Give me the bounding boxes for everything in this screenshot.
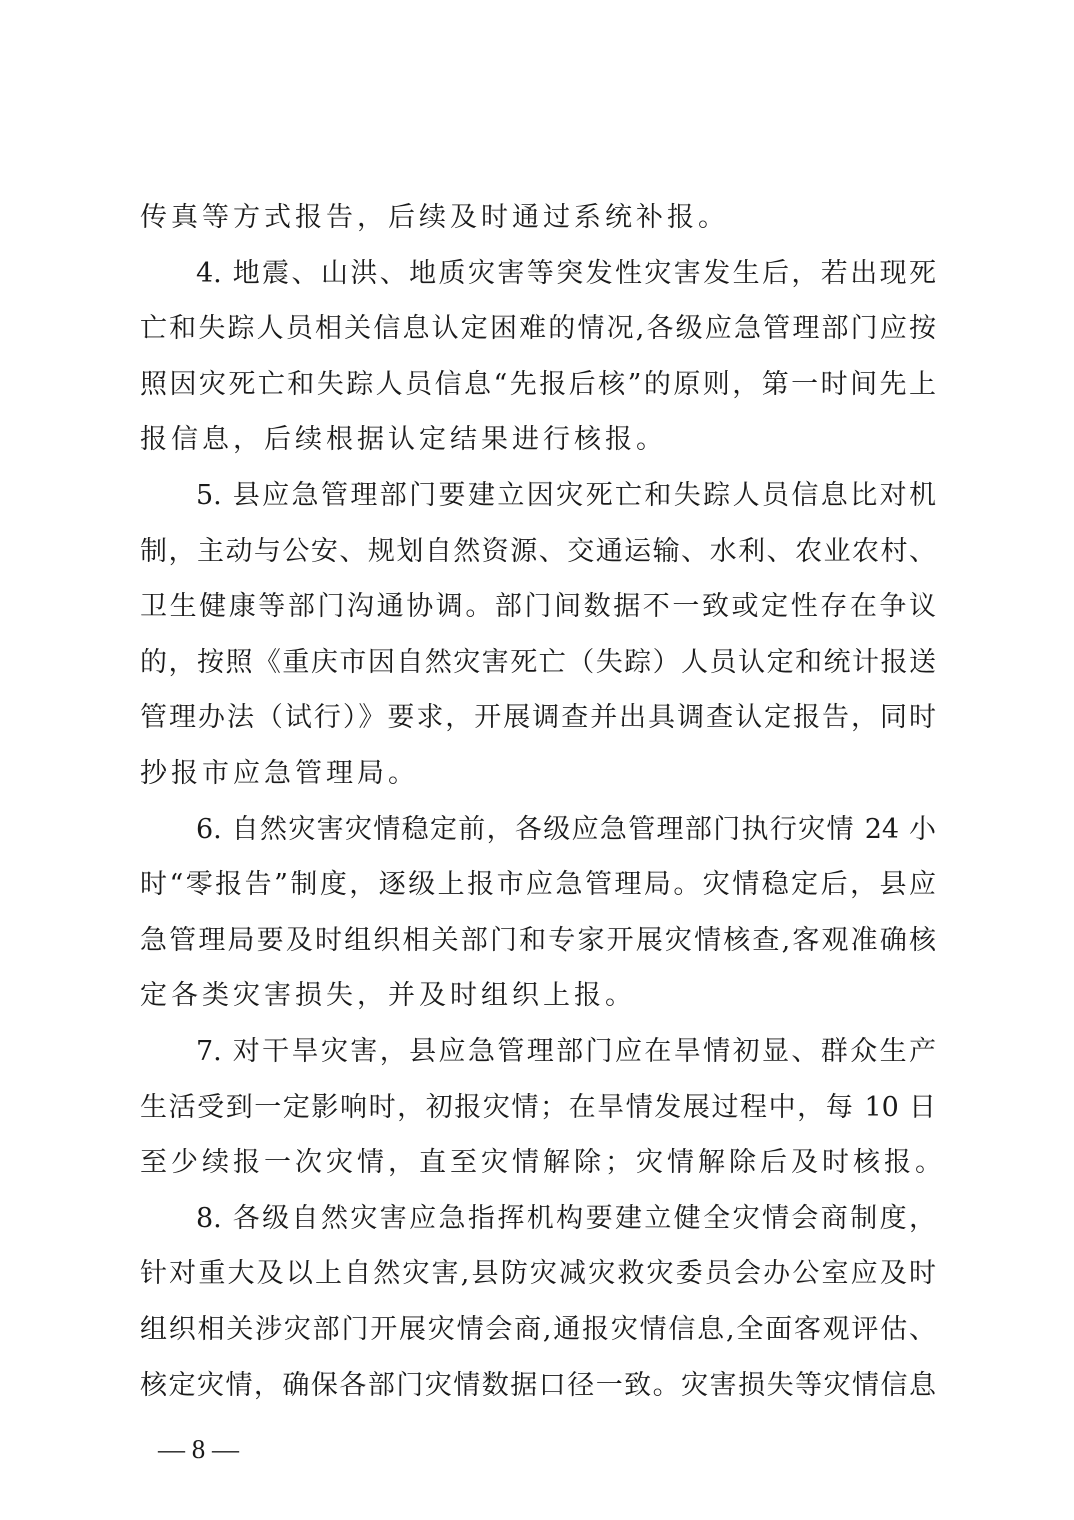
paragraph-line: 定各类灾害损失，并及时组织上报。 — [140, 976, 936, 1016]
paragraph-line: 核定灾情，确保各部门灾情数据口径一致。灾害损失等灾情信息 — [140, 1366, 936, 1406]
paragraph-line: 制，主动与公安、规划自然资源、交通运输、水利、农业农村、 — [140, 532, 936, 572]
document-page: 传真等方式报告，后续及时通过系统补报。4. 地震、山洪、地质灾害等突发性灾害发生… — [0, 0, 1074, 1520]
paragraph-line: 管理办法（试行）》要求，开展调查并出具调查认定报告，同时 — [140, 698, 936, 738]
paragraph-line: 照因灾死亡和失踪人员信息“先报后核”的原则，第一时间先上 — [140, 365, 936, 405]
paragraph-first-line: 6. 自然灾害灾情稳定前，各级应急管理部门执行灾情 24 小 — [196, 810, 936, 850]
paragraph-first-line: 8. 各级自然灾害应急指挥机构要建立健全灾情会商制度， — [196, 1199, 936, 1239]
paragraph-line: 亡和失踪人员相关信息认定困难的情况,各级应急管理部门应按 — [140, 309, 936, 349]
paragraph-line: 抄报市应急管理局。 — [140, 754, 936, 794]
paragraph-line: 的，按照《重庆市因自然灾害死亡（失踪）人员认定和统计报送 — [140, 643, 936, 683]
paragraph-line: 传真等方式报告，后续及时通过系统补报。 — [140, 198, 936, 238]
paragraph-line: 至少续报一次灾情，直至灾情解除；灾情解除后及时核报。 — [140, 1143, 936, 1183]
paragraph-line: 组织相关涉灾部门开展灾情会商,通报灾情信息,全面客观评估、 — [140, 1310, 936, 1350]
paragraph-line: 卫生健康等部门沟通协调。部门间数据不一致或定性存在争议 — [140, 587, 936, 627]
paragraph-line: 生活受到一定影响时，初报灾情；在旱情发展过程中，每 10 日 — [140, 1088, 936, 1128]
paragraph-line: 急管理局要及时组织相关部门和专家开展灾情核查,客观准确核 — [140, 921, 936, 961]
paragraph-first-line: 7. 对干旱灾害，县应急管理部门应在旱情初显、群众生产 — [196, 1032, 936, 1072]
paragraph-line: 报信息，后续根据认定结果进行核报。 — [140, 420, 936, 460]
page-number: — 8 — — [158, 1429, 239, 1469]
paragraph-line: 时“零报告”制度，逐级上报市应急管理局。灾情稳定后，县应 — [140, 865, 936, 905]
paragraph-first-line: 5. 县应急管理部门要建立因灾死亡和失踪人员信息比对机 — [196, 476, 936, 516]
paragraph-first-line: 4. 地震、山洪、地质灾害等突发性灾害发生后，若出现死 — [196, 254, 936, 294]
paragraph-line: 针对重大及以上自然灾害,县防灾减灾救灾委员会办公室应及时 — [140, 1254, 936, 1294]
